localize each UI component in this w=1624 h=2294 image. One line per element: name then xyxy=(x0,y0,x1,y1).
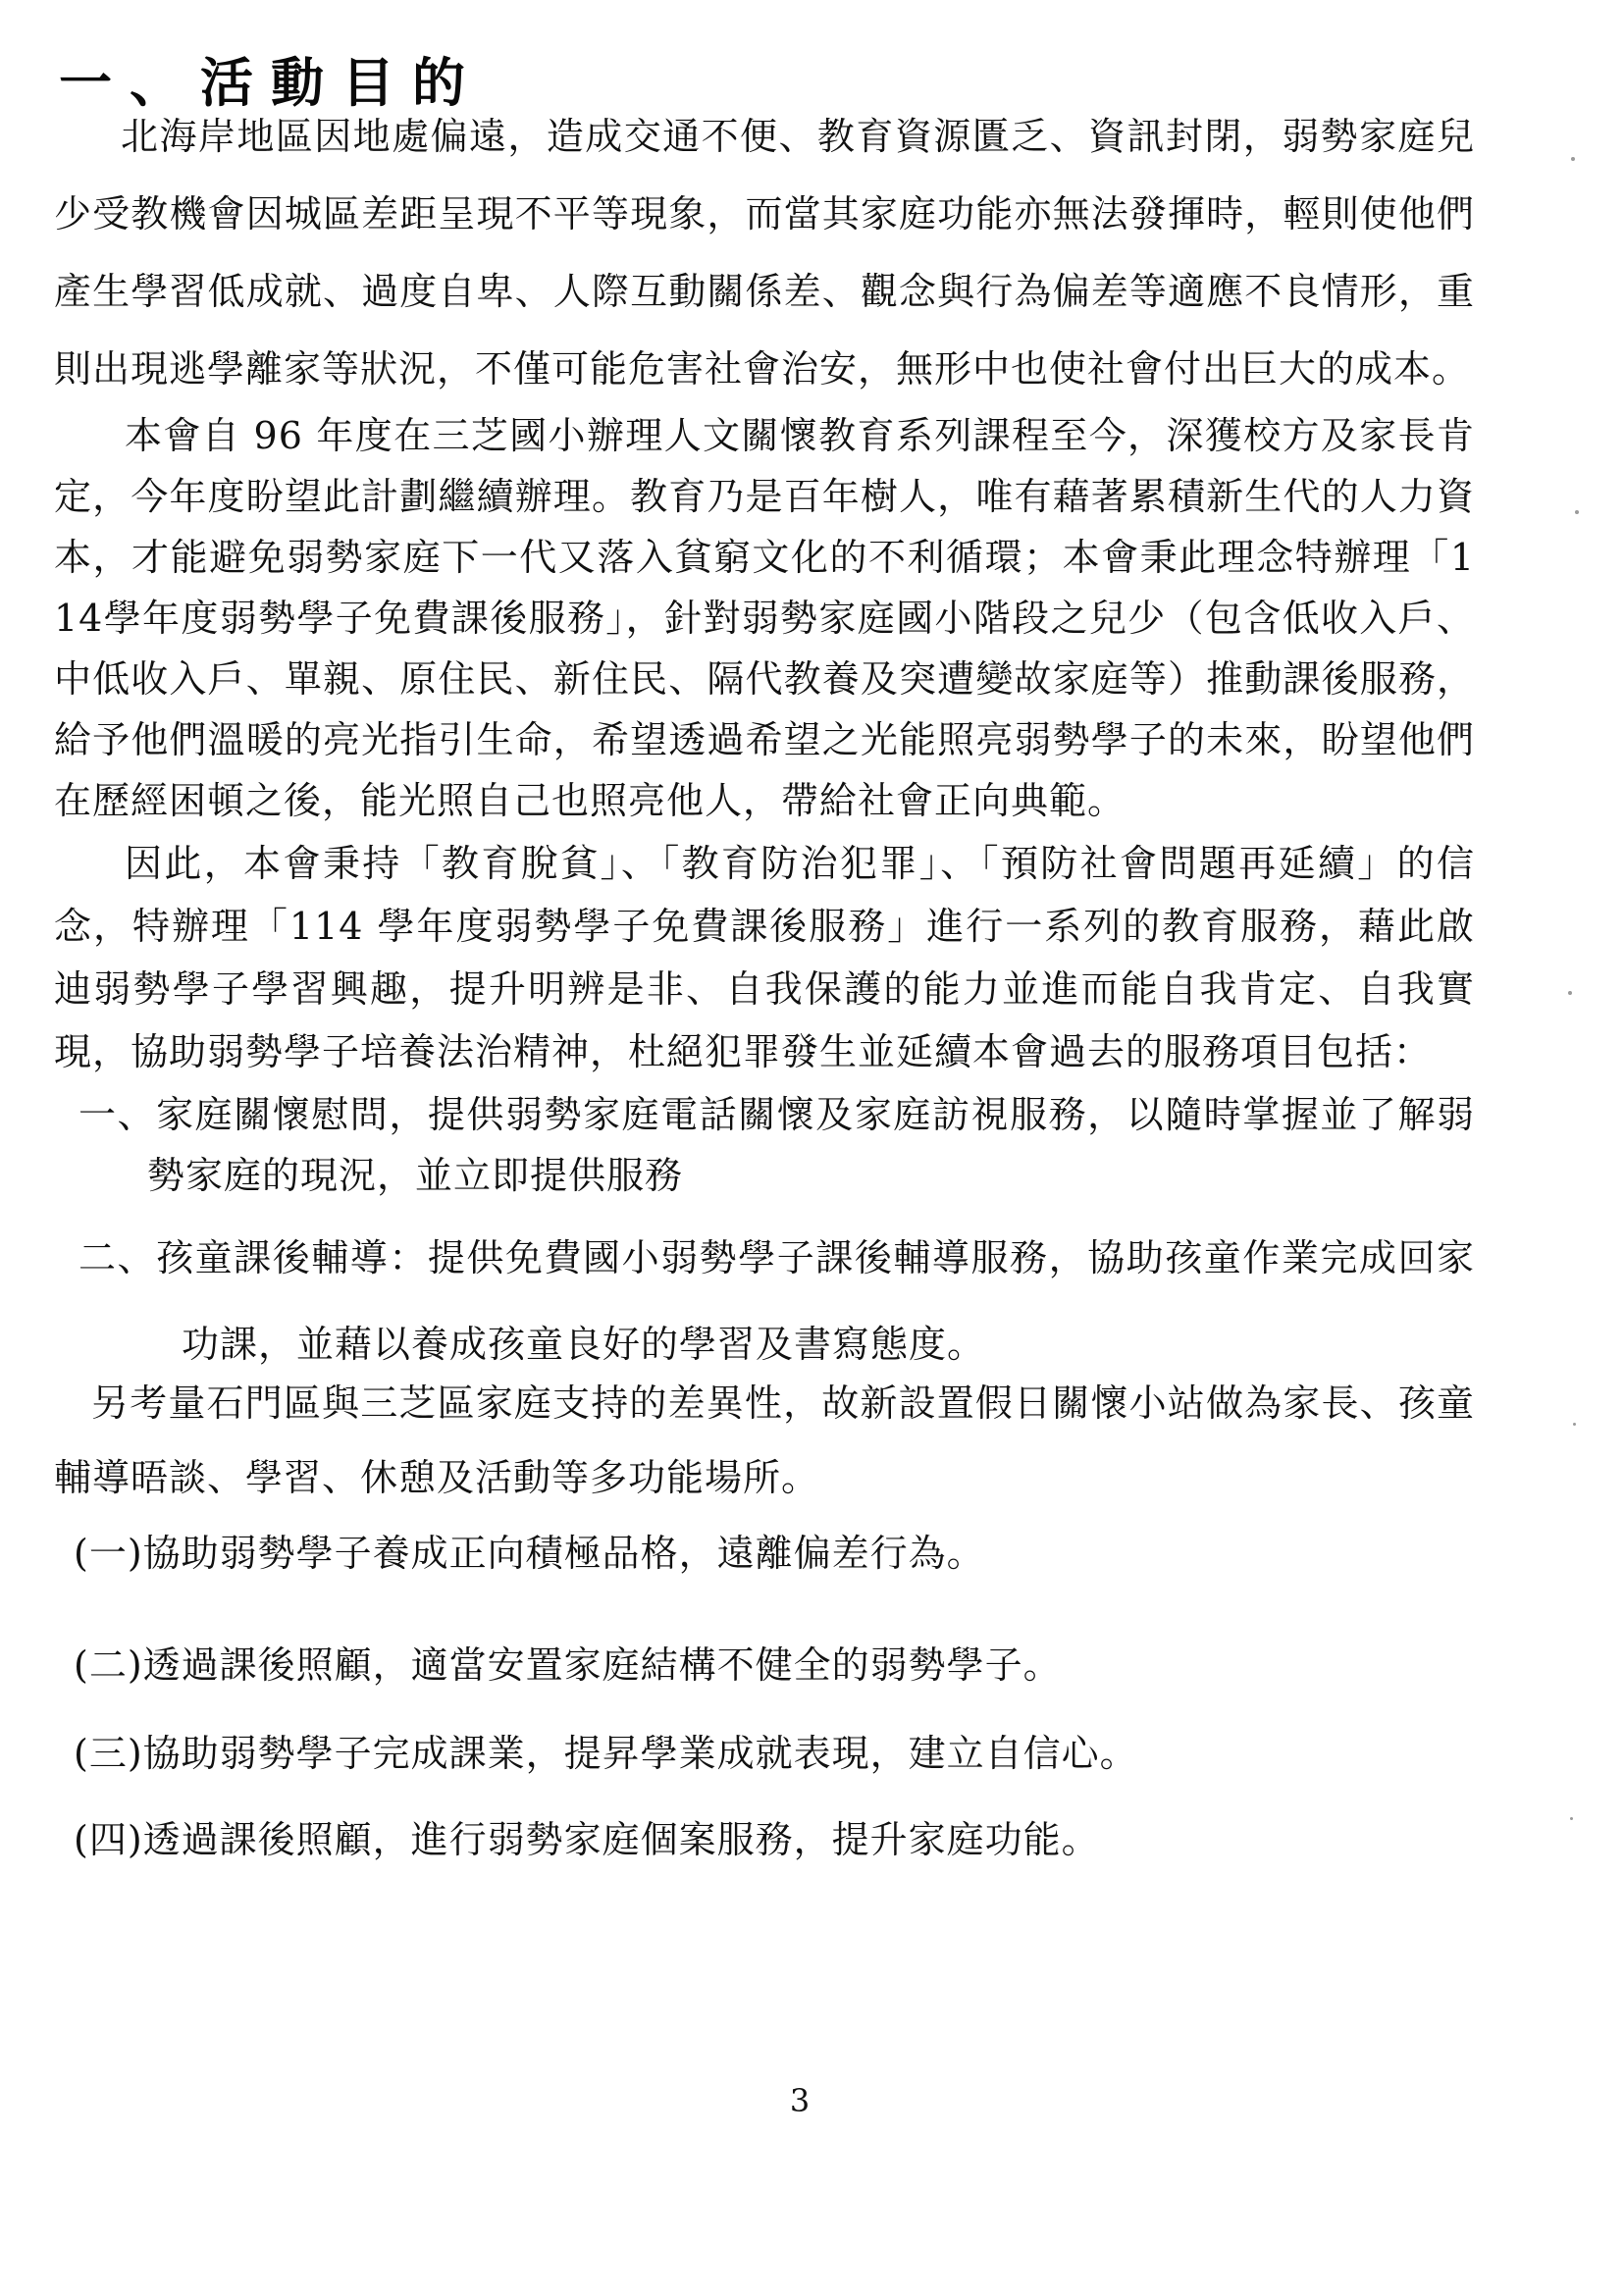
goal-item-4: (四)透過課後照顧，進行弱勢家庭個案服務，提升家庭功能。 xyxy=(74,1815,1475,1864)
page-number: 3 xyxy=(756,2082,844,2119)
numbered-item-after-school-tutoring: 二、孩童課後輔導：提供免費國小弱勢學子課後輔導服務，協助孩童作業完成回家功課，並… xyxy=(182,1215,1475,1387)
goal-item-1: (一)協助弱勢學子養成正向積極品格，遠離偏差行為。 xyxy=(74,1529,1475,1578)
scan-artifact-dot xyxy=(1573,1423,1576,1426)
scan-artifact-dot xyxy=(1575,510,1579,514)
goal-item-3: (三)協助弱勢學子完成課業，提昇學業成就表現，建立自信心。 xyxy=(74,1729,1475,1778)
scan-artifact-dot xyxy=(1571,157,1575,161)
numbered-item-family-care: 一、家庭關懷慰問，提供弱勢家庭電話關懷及家庭訪視服務，以隨時掌握並了解弱勢家庭的… xyxy=(147,1084,1475,1206)
paragraph-belief: 因此，本會秉持「教育脫貧」、「教育防治犯罪」、「預防社會問題再延續」的信念，特辦… xyxy=(54,832,1475,1083)
scan-artifact-dot xyxy=(1570,1817,1573,1820)
document-page: 一、活動目的 北海岸地區因地處偏遠，造成交通不便、教育資源匱乏、資訊封閉，弱勢家… xyxy=(0,0,1624,2294)
scan-artifact-dot xyxy=(1568,991,1572,995)
paragraph-intro: 北海岸地區因地處偏遠，造成交通不便、教育資源匱乏、資訊封閉，弱勢家庭兒少受教機會… xyxy=(54,98,1475,408)
paragraph-history: 本會自 96 年度在三芝國小辦理人文關懷教育系列課程至今，深獲校方及家長肯定，今… xyxy=(54,405,1475,831)
paragraph-weekend-station-note: 另考量石門區與三芝區家庭支持的差異性，故新設置假日關懷小站做為家長、孩童輔導晤談… xyxy=(54,1366,1475,1515)
goal-item-2: (二)透過課後照顧，適當安置家庭結構不健全的弱勢學子。 xyxy=(74,1641,1475,1690)
